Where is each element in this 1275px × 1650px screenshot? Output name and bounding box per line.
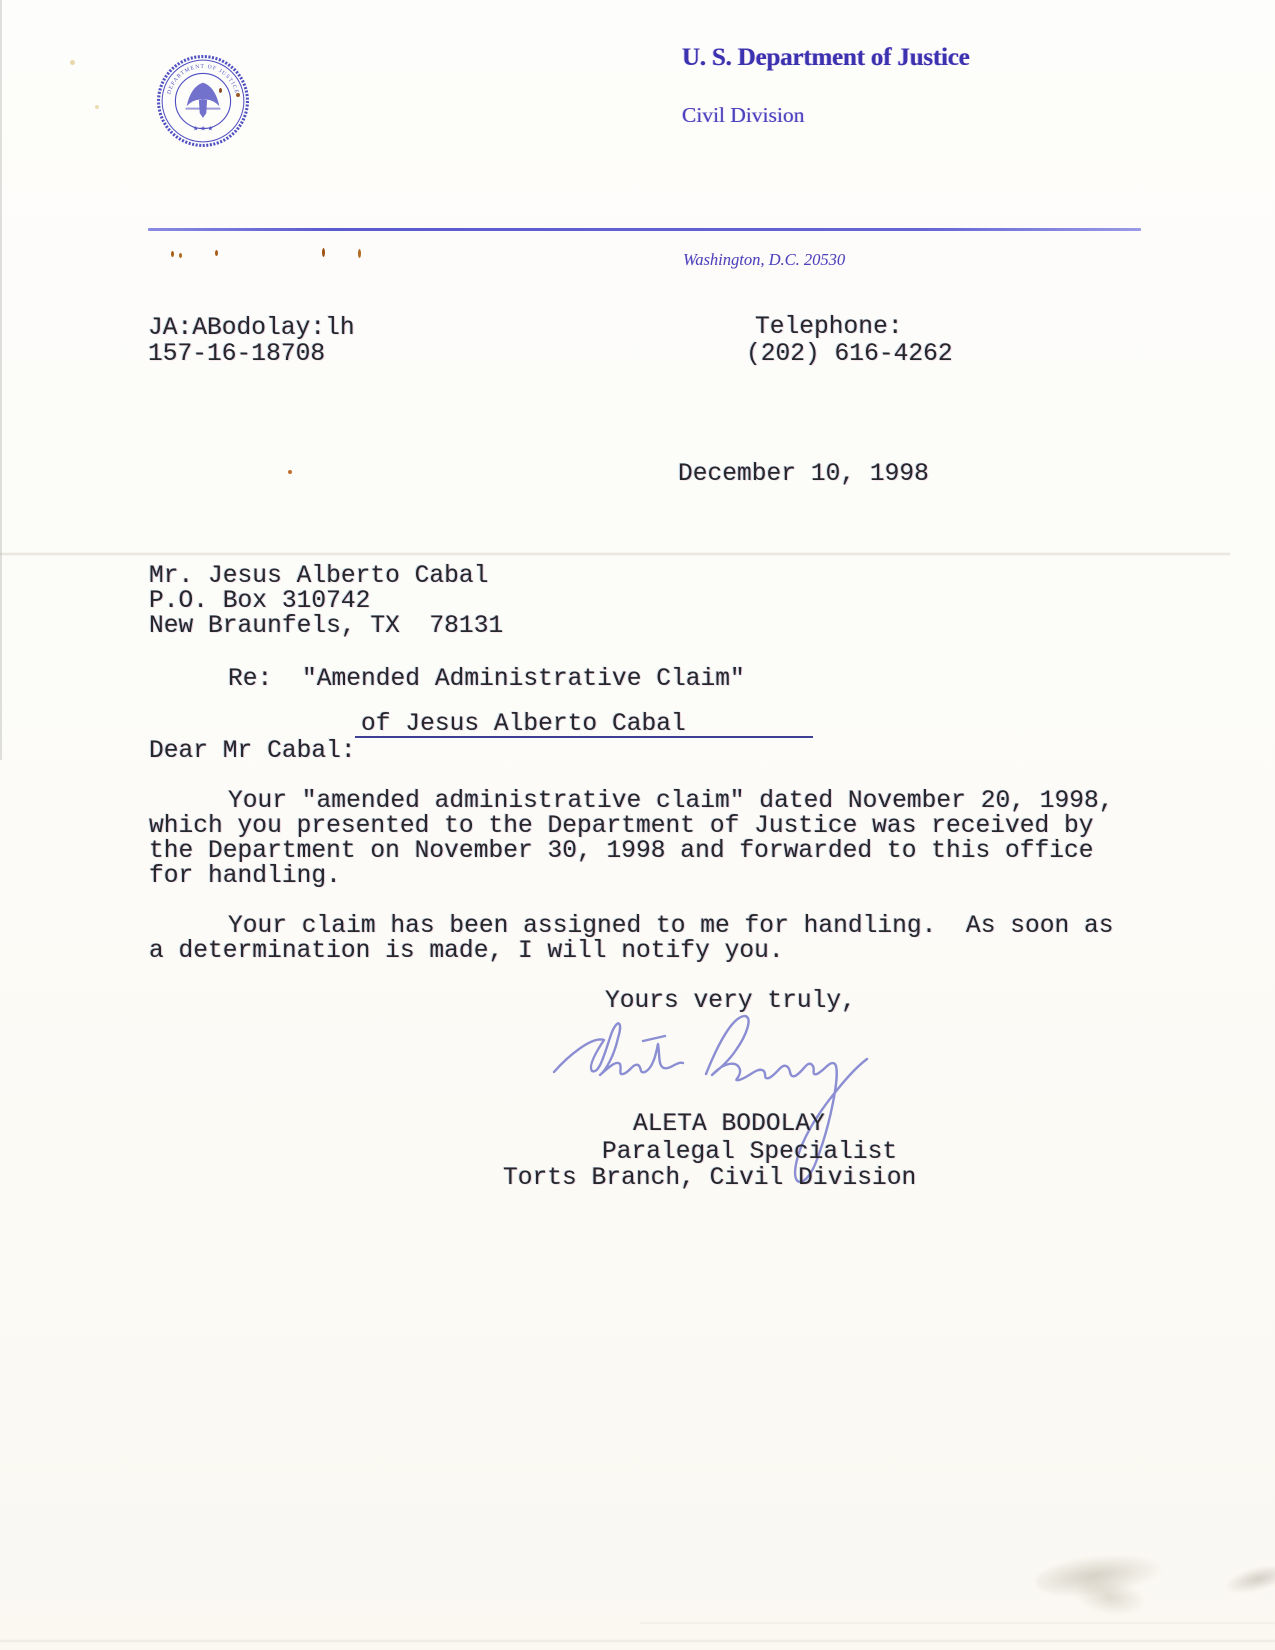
- scan-speck: [358, 249, 361, 258]
- subject-line1: "Amended Administrative Claim": [302, 667, 745, 692]
- body-p1-line1: Your "amended administrative claim" date…: [228, 789, 1114, 814]
- recipient-name: Mr. Jesus Alberto Cabal: [149, 564, 488, 589]
- subject-line2-underlined: of Jesus Alberto Cabal: [355, 713, 813, 738]
- scan-smudge: [1223, 1560, 1275, 1597]
- paper-crease: [640, 1622, 1275, 1624]
- ref-attorney-code: JA:ABodolay:lh: [148, 316, 355, 341]
- scan-speck: [179, 253, 182, 258]
- scan-speck: [215, 250, 218, 256]
- paper-crease: [0, 553, 1230, 555]
- signer-title: Paralegal Specialist: [602, 1140, 897, 1165]
- doj-eagle-icon: [186, 83, 221, 118]
- salutation: Dear Mr Cabal:: [149, 739, 356, 764]
- signer-office: Torts Branch, Civil Division: [503, 1166, 916, 1191]
- recipient-city-state-zip: New Braunfels, TX 78131: [149, 614, 503, 639]
- body-p2-line2: a determination is made, I will notify y…: [149, 939, 784, 964]
- telephone-number: (202) 616-4262: [746, 342, 953, 367]
- letterhead-agency: U. S. Department of Justice: [682, 44, 970, 72]
- recipient-po-box: P.O. Box 310742: [149, 589, 370, 614]
- signer-typed-name: ALETA BODOLAY: [633, 1112, 825, 1137]
- body-p1-line2: which you presented to the Department of…: [149, 814, 1094, 839]
- date-line: December 10, 1998: [678, 462, 929, 487]
- scan-speck: [95, 105, 99, 109]
- body-p2-line1: Your claim has been assigned to me for h…: [228, 914, 1114, 939]
- body-p1-line3: the Department on November 30, 1998 and …: [149, 839, 1094, 864]
- seal-stars: ★ ★ ★: [193, 126, 213, 133]
- scan-speck: [70, 60, 75, 65]
- scan-speck: [219, 88, 222, 93]
- scan-speck: [236, 93, 240, 97]
- subject-re-label: Re:: [228, 667, 272, 692]
- scan-speck: [322, 248, 325, 257]
- ref-claim-number: 157-16-18708: [148, 342, 325, 367]
- scan-speck: [288, 470, 292, 474]
- body-p1-line4: for handling.: [149, 864, 341, 889]
- scan-speck: [171, 251, 174, 257]
- scan-edge-artifact: [0, 0, 2, 760]
- scanned-letter-page: DEPARTMENT OF JUSTICE ★ ★ ★ U. S. Depart…: [0, 0, 1275, 1650]
- telephone-label: Telephone:: [755, 315, 903, 340]
- letterhead-division: Civil Division: [682, 103, 804, 128]
- doj-seal-icon: DEPARTMENT OF JUSTICE ★ ★ ★: [156, 54, 250, 148]
- paper-crease: [0, 1640, 1275, 1642]
- letterhead-rule: [148, 228, 1141, 231]
- letterhead-city-line: Washington, D.C. 20530: [683, 250, 845, 270]
